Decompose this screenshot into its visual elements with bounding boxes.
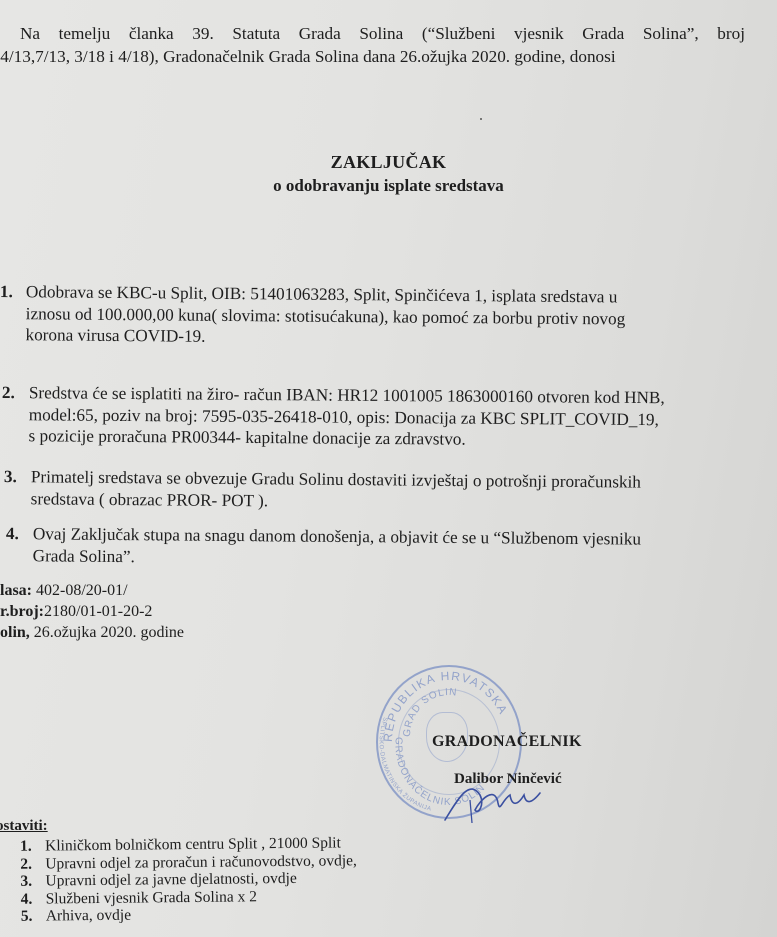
item-number: 2. [2, 382, 15, 404]
item-number: 4. [6, 523, 19, 545]
distribution-item: 5.Arhiva, ovdje [1, 904, 421, 926]
place-label: olin, [0, 624, 30, 641]
document-subtitle: o odobravanju isplate sredstava [0, 176, 777, 196]
svg-text:REPUBLIKA HRVATSKA: REPUBLIKA HRVATSKA [381, 669, 511, 742]
urbroj-value: 2180/01-01-20-2 [44, 603, 152, 620]
distribution-list: 1.Kliničkom bolničkom centru Split , 210… [0, 834, 421, 926]
klasa-value: 402-08/20-01/ [32, 582, 128, 599]
speck-mark [480, 118, 482, 120]
intro-line-2: ,4/13,7/13, 3/18 i 4/18), Gradonačelnik … [0, 45, 745, 68]
handwritten-signature [440, 775, 550, 825]
item-number: 3. [4, 466, 17, 488]
signatory-title: GRADONAČELNIK [432, 733, 582, 751]
item-number: 5. [21, 908, 33, 926]
item-text: Službeni vjesnik Grada Solina x 2 [46, 888, 258, 908]
item-number: 3. [20, 873, 32, 891]
item-number: 1. [20, 838, 32, 856]
document-title: ZAKLJUČAK [0, 152, 777, 173]
distribution-title: ostaviti: [0, 818, 48, 835]
item-number: 1. [0, 281, 13, 303]
klasa-label: lasa: [0, 582, 32, 599]
urbroj-line: r.broj:2180/01-01-20-2 [0, 601, 184, 622]
document-page: Na temelju članka 39. Statuta Grada Soli… [0, 0, 777, 937]
urbroj-label: r.broj: [0, 603, 44, 620]
document-reference-block: lasa: 402-08/20-01/ r.broj:2180/01-01-20… [0, 580, 184, 643]
item-number: 2. [20, 855, 32, 873]
intro-paragraph: Na temelju članka 39. Statuta Grada Soli… [0, 22, 745, 68]
klasa-line: lasa: 402-08/20-01/ [0, 580, 184, 601]
place-date-line: olin, 26.ožujka 2020. godine [0, 622, 184, 643]
item-text: Arhiva, ovdje [46, 907, 131, 925]
intro-line-1: Na temelju članka 39. Statuta Grada Soli… [0, 22, 745, 45]
place-date-value: 26.ožujka 2020. godine [30, 624, 184, 641]
item-number: 4. [21, 890, 33, 908]
